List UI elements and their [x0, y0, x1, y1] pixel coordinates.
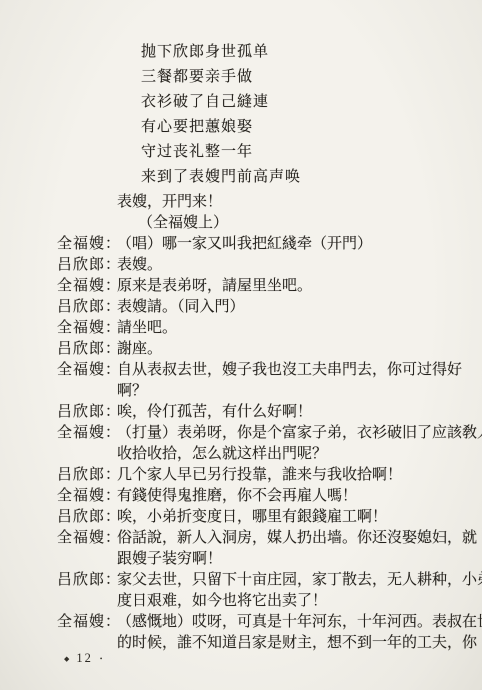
speaker-label: 吕欣郎： [57, 339, 121, 360]
dialogue-line: 吕欣郎：唉，小弟折变度日，哪里有銀錢雇工啊！ [0, 507, 482, 528]
line-text: 几个家人早已另行投靠，誰来与我收拾啊！ [117, 467, 402, 483]
dialogue-line: 吕欣郎：家父去世，只留下十亩庄园，家丁散去，无人耕种，小弟 [0, 570, 482, 591]
page-number: 12 [76, 651, 93, 666]
speaker-label: 吕欣郎： [57, 255, 121, 276]
continuation-line: 跟嫂子装穷啊！ [117, 549, 482, 570]
line-text: 度日艰难，如今也将它出卖了！ [117, 593, 327, 609]
dialogue-line: 全福嫂：有錢使得鬼推磨，你不会再雇人嗎！ [0, 486, 482, 507]
line-text: 請坐吧。 [117, 320, 177, 336]
continuation-line: 度日艰难，如今也将它出卖了！ [117, 591, 482, 612]
line-text: 自从表叔去世，嫂子我也沒工夫串門去，你可过得好 [117, 362, 462, 378]
footer-right-marker-icon: • [100, 653, 102, 665]
call-line: 表嫂，开門来！ [117, 192, 482, 213]
continuation-line: 收拾收拾，怎么就这样出門呢？ [117, 444, 482, 465]
line-text: 唉，小弟折变度日，哪里有銀錢雇工啊！ [117, 509, 387, 525]
line-text: 的时候，誰不知道吕家是财主，想不到一年的工夫，你 [117, 635, 477, 651]
line-text: 三餐都要亲手做 [141, 69, 253, 85]
continuation-line: 的时候，誰不知道吕家是财主，想不到一年的工夫，你 [117, 633, 482, 654]
dialogue-line: 全福嫂：（感慨地）哎呀，可真是十年河东，十年河西。表叔在世 [0, 612, 482, 633]
line-text: 原来是表弟呀，請屋里坐吧。 [117, 278, 312, 294]
footer-left-marker-icon: ◆ [64, 653, 69, 665]
line-text: 表嫂請。（同入門） [117, 299, 245, 315]
speaker-label: 全福嫂： [57, 234, 121, 255]
dialogue-line: 全福嫂：（唱）哪一家又叫我把紅綫牵（开門） [0, 234, 482, 255]
line-text: 俗話說，新人入洞房，媒人扔出墙。你还沒娶媳妇，就 [117, 530, 477, 546]
verse-line: 守过丧礼整一年 [141, 140, 482, 165]
dialogue-line: 全福嫂：（打量）表弟呀，你是个富家子弟，衣衫破旧了应該敎人 [0, 423, 482, 444]
speaker-label: 全福嫂： [57, 486, 121, 507]
line-text: （唱）哪一家又叫我把紅綫牵（开門） [117, 236, 372, 252]
dialogue-line: 吕欣郎：謝座。 [0, 339, 482, 360]
verse-line: 有心要把蕙娘娶 [141, 115, 482, 140]
page-footer: ◆ 12 • [64, 651, 102, 666]
line-text: 跟嫂子装穷啊！ [117, 551, 222, 567]
dialogue-line: 全福嫂：請坐吧。 [0, 318, 482, 339]
script-text-block: 抛下欣郎身世孤单三餐都要亲手做衣衫破了自己縫連有心要把蕙娘娶守过丧礼整一年来到了… [0, 40, 482, 654]
line-text: 收拾收拾，怎么就这样出門呢？ [117, 446, 327, 462]
line-text: 来到了表嫂門前高声唤 [141, 169, 301, 185]
speaker-label: 全福嫂： [57, 318, 121, 339]
verse-line: 来到了表嫂門前高声唤 [141, 165, 482, 190]
book-page: 抛下欣郎身世孤单三餐都要亲手做衣衫破了自己縫連有心要把蕙娘娶守过丧礼整一年来到了… [0, 0, 482, 690]
speaker-label: 全福嫂： [57, 423, 121, 444]
dialogue-line: 全福嫂：俗話說，新人入洞房，媒人扔出墙。你还沒娶媳妇，就 [0, 528, 482, 549]
verse-line: 抛下欣郎身世孤单 [141, 40, 482, 65]
dialogue-line: 全福嫂：原来是表弟呀，請屋里坐吧。 [0, 276, 482, 297]
line-text: （感慨地）哎呀，可真是十年河东，十年河西。表叔在世 [117, 614, 482, 630]
line-text: 家父去世，只留下十亩庄园，家丁散去，无人耕种，小弟 [117, 572, 482, 588]
line-text: 有錢使得鬼推磨，你不会再雇人嗎！ [117, 488, 357, 504]
line-text: 謝座。 [117, 341, 162, 357]
continuation-line: 啊？ [117, 381, 482, 402]
speaker-label: 吕欣郎： [57, 465, 121, 486]
dialogue-line: 吕欣郎：表嫂請。（同入門） [0, 297, 482, 318]
speaker-label: 全福嫂： [57, 528, 121, 549]
dialogue-line: 吕欣郎：表嫂。 [0, 255, 482, 276]
line-text: （打量）表弟呀，你是个富家子弟，衣衫破旧了应該敎人 [117, 425, 482, 441]
speaker-label: 吕欣郎： [57, 570, 121, 591]
line-text: 啊？ [117, 383, 147, 399]
dialogue-line: 吕欣郎：几个家人早已另行投靠，誰来与我收拾啊！ [0, 465, 482, 486]
verse-line: 衣衫破了自己縫連 [141, 90, 482, 115]
line-text: 守过丧礼整一年 [141, 144, 253, 160]
verse-line: 三餐都要亲手做 [141, 65, 482, 90]
speaker-label: 吕欣郎： [57, 297, 121, 318]
dialogue-line: 吕欣郎：唉，伶仃孤苦，有什么好啊！ [0, 402, 482, 423]
speaker-label: 全福嫂： [57, 612, 121, 633]
speaker-label: 全福嫂： [57, 360, 121, 381]
line-text: 表嫂，开門来！ [117, 194, 222, 210]
line-text: 唉，伶仃孤苦，有什么好啊！ [117, 404, 312, 420]
speaker-label: 吕欣郎： [57, 507, 121, 528]
speaker-label: 吕欣郎： [57, 402, 121, 423]
line-text: 抛下欣郎身世孤单 [141, 44, 269, 60]
line-text: 表嫂。 [117, 257, 162, 273]
line-text: （全福嫂上） [138, 215, 228, 231]
speaker-label: 全福嫂： [57, 276, 121, 297]
stage-line: （全福嫂上） [138, 213, 482, 234]
line-text: 衣衫破了自己縫連 [141, 94, 269, 110]
line-text: 有心要把蕙娘娶 [141, 119, 253, 135]
dialogue-line: 全福嫂：自从表叔去世，嫂子我也沒工夫串門去，你可过得好 [0, 360, 482, 381]
